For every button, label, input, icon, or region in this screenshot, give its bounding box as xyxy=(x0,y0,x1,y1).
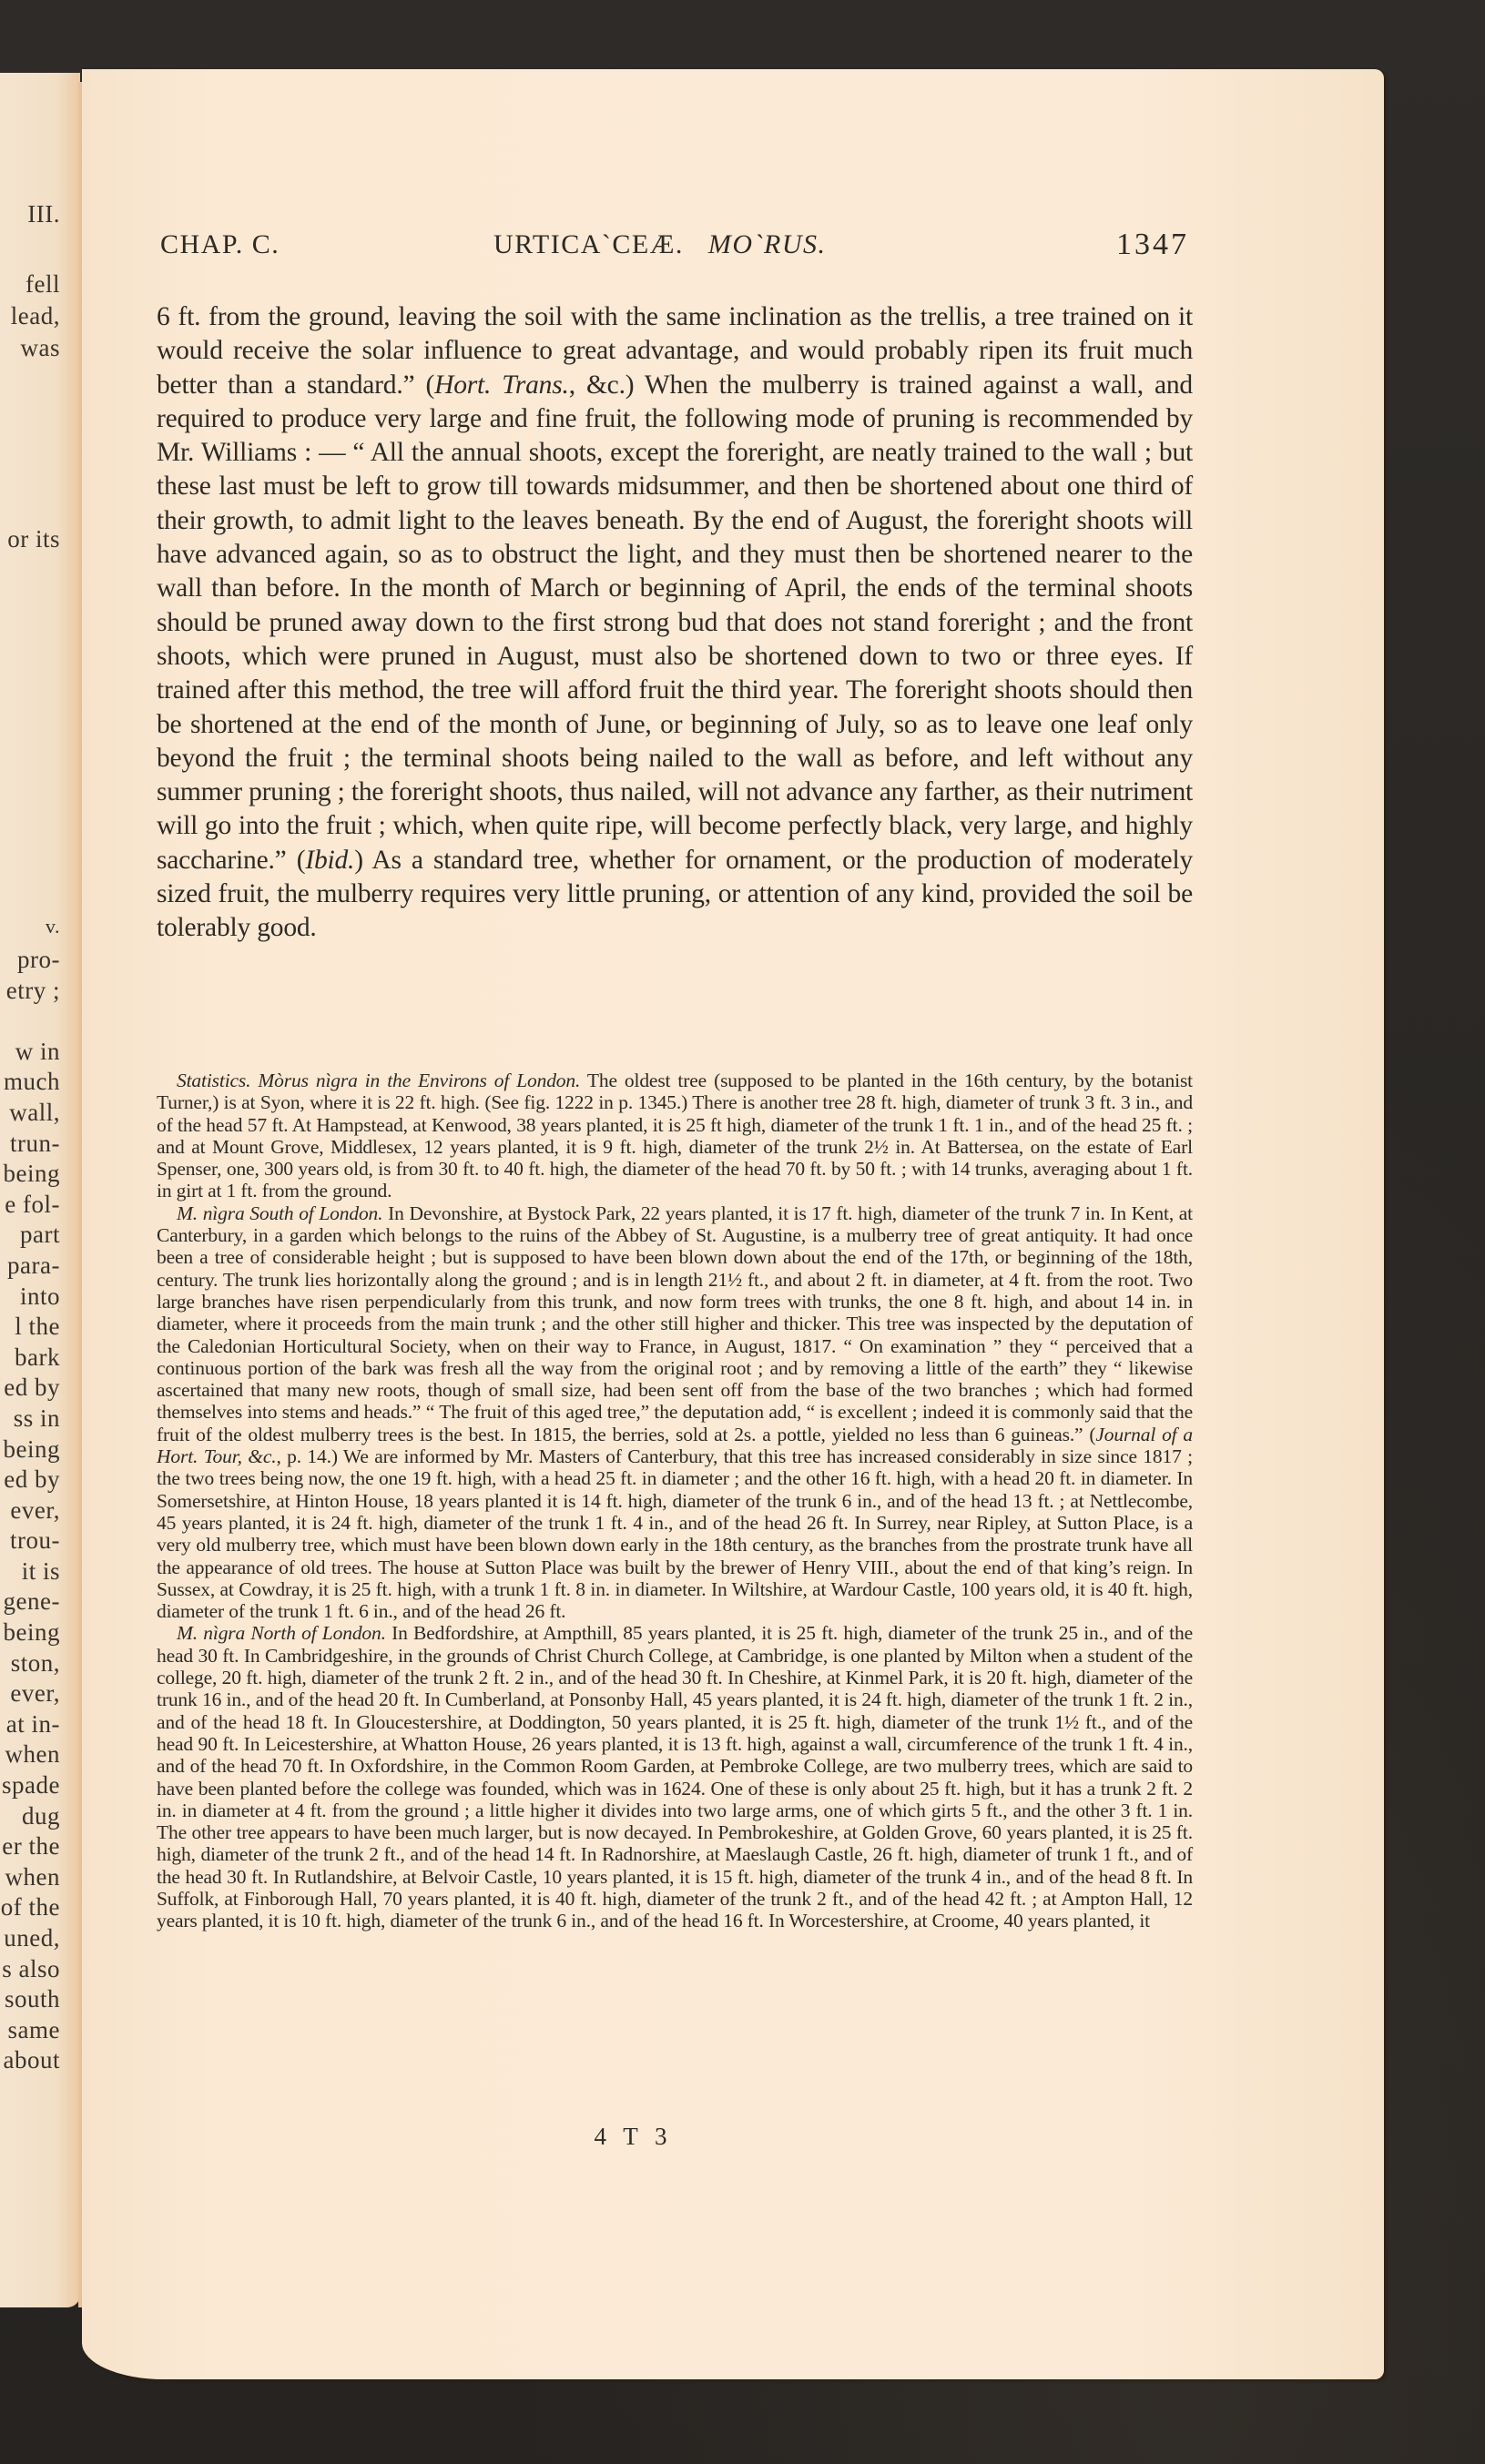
facing-page-line: ed by xyxy=(1,1373,60,1404)
facing-page-line: etry ; xyxy=(1,976,60,1007)
facing-page-line: gene- xyxy=(1,1587,60,1617)
section-title: URTICA`CEÆ. MO`RUS. xyxy=(493,229,827,260)
facing-page-line: ever, xyxy=(1,1496,60,1526)
citation-hort-trans: Hort. Trans. xyxy=(434,370,569,400)
facing-page-line: it is xyxy=(1,1556,60,1587)
citation-ibid: Ibid. xyxy=(305,846,354,875)
facing-page-line: of the xyxy=(1,1892,60,1923)
statistics-south-london: M. nìgra South of London. In Devonshire,… xyxy=(157,1202,1193,1623)
statistics-heading: Statistics. Mòrus nìgra in the Environs … xyxy=(177,1070,580,1091)
facing-page-line: wall, xyxy=(1,1098,60,1129)
facing-page-lines-bottom: pro-etry ; w inmuchwall,trun-beinge fol-… xyxy=(1,945,60,2076)
statistics-environs-london: Statistics. Mòrus nìgra in the Environs … xyxy=(157,1070,1193,1202)
main-paragraph: 6 ft. from the ground, leaving the soil … xyxy=(157,300,1193,946)
page-number: 1347 xyxy=(1116,228,1189,262)
facing-page-line: w in xyxy=(1,1037,60,1068)
facing-page-line: when xyxy=(1,1862,60,1893)
body-paragraph: 6 ft. from the ground, leaving the soil … xyxy=(157,300,1193,946)
statistics-subheading-south: M. nìgra South of London. xyxy=(177,1202,382,1224)
facing-page-line: same xyxy=(1,2015,60,2046)
facing-page-line: uned, xyxy=(1,1923,60,1954)
facing-page-line: l the xyxy=(1,1312,60,1343)
facing-page-head: III. xyxy=(27,198,60,230)
facing-page-line-mid: or its xyxy=(7,523,60,555)
facing-page-line: ston, xyxy=(1,1648,60,1679)
facing-page-line: er the xyxy=(1,1831,60,1862)
facing-page-line: e fol- xyxy=(1,1190,60,1221)
facing-page-head-2: v. xyxy=(46,910,60,942)
facing-page-line: ever, xyxy=(1,1678,60,1709)
facing-page-line xyxy=(1,1006,60,1037)
facing-page-line: part xyxy=(1,1220,60,1251)
facing-page-line: being xyxy=(1,1617,60,1648)
facing-page-line: ed by xyxy=(1,1465,60,1496)
facing-page-line: about xyxy=(1,2045,60,2076)
chapter-label: CHAP. C. xyxy=(160,229,280,260)
facing-page-line: trou- xyxy=(1,1526,60,1556)
statistics-subheading-north: M. nìgra North of London. xyxy=(177,1622,386,1644)
facing-page-line: ss in xyxy=(1,1404,60,1435)
facing-page-line: pro- xyxy=(1,945,60,976)
statistics-section: Statistics. Mòrus nìgra in the Environs … xyxy=(157,1070,1193,1932)
facing-page-lines-top: fell lead, was xyxy=(11,269,60,364)
statistics-north-london: M. nìgra North of London. In Bedfordshir… xyxy=(157,1622,1193,1932)
facing-page-line: south xyxy=(1,1984,60,2015)
running-head: CHAP. C. URTICA`CEÆ. MO`RUS. 1347 xyxy=(160,229,1189,266)
facing-page-line: dug xyxy=(1,1801,60,1832)
facing-page-line: being xyxy=(1,1159,60,1190)
facing-page-line: bark xyxy=(1,1343,60,1374)
facing-page-line: para- xyxy=(1,1251,60,1282)
facing-page-line: spade xyxy=(1,1770,60,1801)
facing-page-line: much xyxy=(1,1067,60,1098)
facing-page-line: being xyxy=(1,1435,60,1465)
facing-page-line: trun- xyxy=(1,1129,60,1160)
facing-page: III. fell lead, was or its v. pro-etry ;… xyxy=(0,73,80,2307)
facing-page-line: at in- xyxy=(1,1709,60,1740)
facing-page-line: when xyxy=(1,1739,60,1770)
signature-mark: 4 T 3 xyxy=(0,2123,1485,2151)
facing-page-line: s also xyxy=(1,1954,60,1985)
facing-page-line: into xyxy=(1,1282,60,1313)
